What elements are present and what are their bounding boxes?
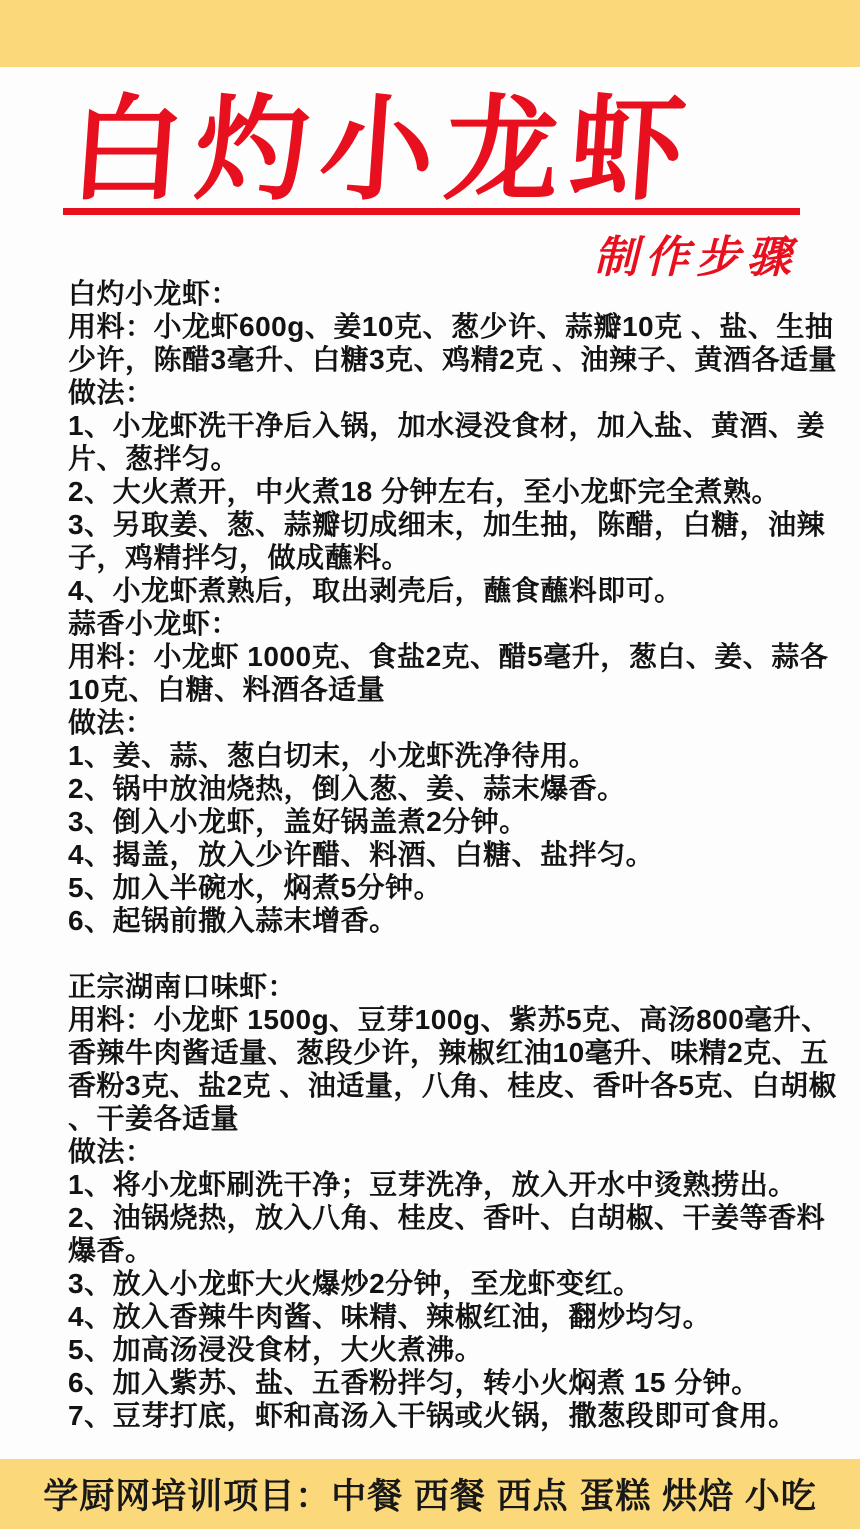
recipe-line: 少许，陈醋3毫升、白糖3克、鸡精2克 、油辣子、黄酒各适量	[68, 343, 860, 376]
recipe-line: 6、起锅前撒入蒜末增香。	[68, 904, 860, 937]
recipe-text: 白灼小龙虾：用料：小龙虾600g、姜10克、葱少许、蒜瓣10克 、盐、生抽少许，…	[68, 277, 860, 1432]
recipe-block: 正宗湖南口味虾：用料：小龙虾 1500g、豆芽100g、紫苏5克、高汤800毫升…	[68, 970, 860, 1432]
recipe-line: 3、放入小龙虾大火爆炒2分钟，至龙虾变红。	[68, 1267, 860, 1300]
recipe-line: 片、葱拌匀。	[68, 442, 860, 475]
recipe-line: 2、大火煮开，中火煮18 分钟左右，至小龙虾完全煮熟。	[68, 475, 860, 508]
recipe-line: 2、锅中放油烧热，倒入葱、姜、蒜末爆香。	[68, 772, 860, 805]
recipe-line: 1、将小龙虾刷洗干净；豆芽洗净，放入开水中烫熟捞出。	[68, 1168, 860, 1201]
recipe-line: 3、另取姜、葱、蒜瓣切成细末，加生抽，陈醋，白糖，油辣	[68, 508, 860, 541]
recipe-line: 5、加高汤浸没食材，大火煮沸。	[68, 1333, 860, 1366]
recipe-line: 10克、白糖、料酒各适量	[68, 673, 860, 706]
recipe-line: 蒜香小龙虾：	[68, 607, 860, 640]
recipe-line: 、干姜各适量	[68, 1102, 860, 1135]
recipe-line: 香粉3克、盐2克 、油适量，八角、桂皮、香叶各5克、白胡椒	[68, 1069, 860, 1102]
recipe-poster: 白灼小龙虾 制作步骤 白灼小龙虾：用料：小龙虾600g、姜10克、葱少许、蒜瓣1…	[0, 0, 860, 1529]
recipe-line: 4、放入香辣牛肉酱、味精、辣椒红油，翻炒均匀。	[68, 1300, 860, 1333]
recipe-line: 2、油锅烧热，放入八角、桂皮、香叶、白胡椒、干姜等香料	[68, 1201, 860, 1234]
recipe-line: 用料：小龙虾 1500g、豆芽100g、紫苏5克、高汤800毫升、	[68, 1003, 860, 1036]
recipe-line: 子，鸡精拌匀，做成蘸料。	[68, 541, 860, 574]
recipe-block: 蒜香小龙虾：用料：小龙虾 1000克、食盐2克、醋5毫升，葱白、姜、蒜各10克、…	[68, 607, 860, 937]
recipe-line: 4、揭盖，放入少许醋、料酒、白糖、盐拌匀。	[68, 838, 860, 871]
recipe-line: 1、小龙虾洗干净后入锅，加水浸没食材，加入盐、黄酒、姜	[68, 409, 860, 442]
page-title: 白灼小龙虾	[66, 94, 699, 208]
top-yellow-band	[0, 0, 860, 67]
recipe-line: 用料：小龙虾600g、姜10克、葱少许、蒜瓣10克 、盐、生抽	[68, 310, 860, 343]
recipe-line: 6、加入紫苏、盐、五香粉拌匀，转小火焖煮 15 分钟。	[68, 1366, 860, 1399]
page-subtitle: 制作步骤	[594, 221, 798, 285]
recipe-line: 1、姜、蒜、葱白切末，小龙虾洗净待用。	[68, 739, 860, 772]
recipe-line: 做法：	[68, 376, 860, 409]
recipe-line: 香辣牛肉酱适量、葱段少许，辣椒红油10毫升、味精2克、五	[68, 1036, 860, 1069]
recipe-line: 用料：小龙虾 1000克、食盐2克、醋5毫升，葱白、姜、蒜各	[68, 640, 860, 673]
recipe-line: 做法：	[68, 706, 860, 739]
recipe-line: 5、加入半碗水，焖煮5分钟。	[68, 871, 860, 904]
recipe-line: 爆香。	[68, 1234, 860, 1267]
recipe-line: 3、倒入小龙虾，盖好锅盖煮2分钟。	[68, 805, 860, 838]
title-underline	[63, 208, 800, 215]
recipe-block: 白灼小龙虾：用料：小龙虾600g、姜10克、葱少许、蒜瓣10克 、盐、生抽少许，…	[68, 277, 860, 607]
recipe-line: 做法：	[68, 1135, 860, 1168]
footer-yellow-band: 学厨网培训项目：中餐 西餐 西点 蛋糕 烘焙 小吃	[0, 1459, 860, 1529]
recipe-line: 正宗湖南口味虾：	[68, 970, 860, 1003]
recipe-line: 4、小龙虾煮熟后，取出剥壳后，蘸食蘸料即可。	[68, 574, 860, 607]
footer-text: 学厨网培训项目：中餐 西餐 西点 蛋糕 烘焙 小吃	[43, 1469, 817, 1519]
recipe-line: 7、豆芽打底，虾和高汤入干锅或火锅，撒葱段即可食用。	[68, 1399, 860, 1432]
recipe-line: 白灼小龙虾：	[68, 277, 860, 310]
